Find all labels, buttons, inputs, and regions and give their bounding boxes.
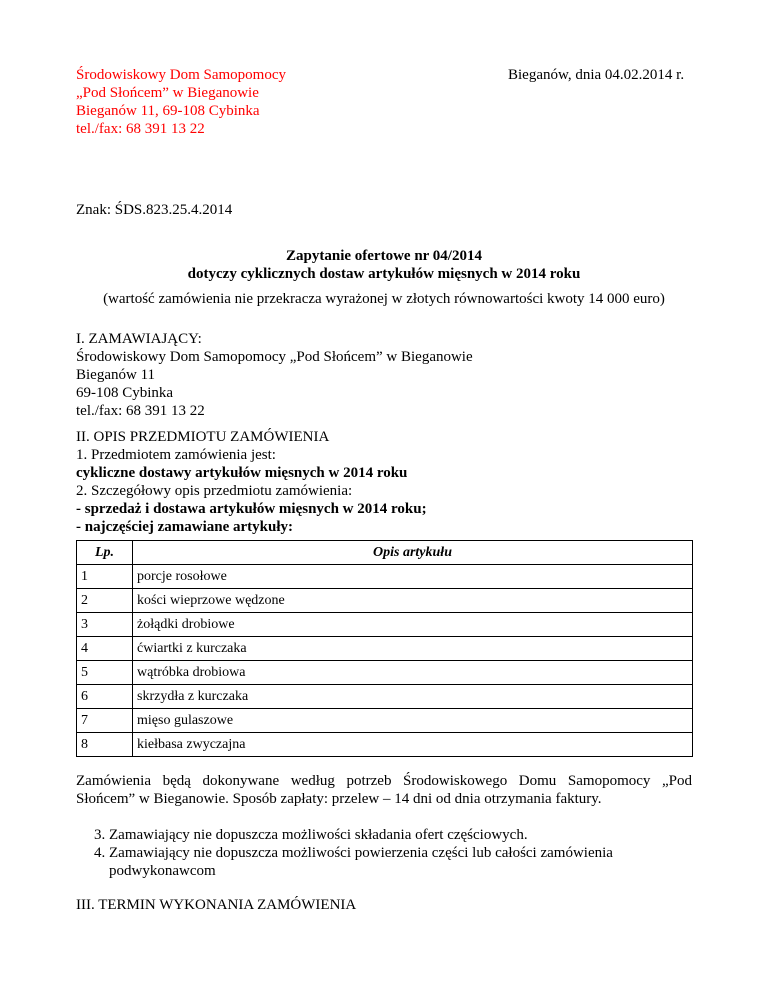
cell-description: kiełbasa zwyczajna [133,733,693,757]
cell-lp: 4 [77,637,133,661]
sender-address: Środowiskowy Dom Samopomocy „Pod Słońcem… [76,66,286,138]
cell-lp: 3 [77,613,133,637]
cell-description: skrzydła z kurczaka [133,685,693,709]
table-row: 4ćwiartki z kurczaka [77,637,693,661]
item1-value: cykliczne dostawy artykułów mięsnych w 2… [76,464,427,482]
sender-line: Środowiskowy Dom Samopomocy [76,66,286,84]
header-lp: Lp. [77,541,133,565]
cell-description: żołądki drobiowe [133,613,693,637]
list-text: Zamawiający nie dopuszcza możliwości skł… [109,826,694,844]
document-page: Środowiskowy Dom Samopomocy „Pod Słońcem… [0,0,768,994]
section-heading: I. ZAMAWIAJĄCY: [76,330,473,348]
document-title: Zapytanie ofertowe nr 04/2014 dotyczy cy… [76,247,692,283]
list-number: 4. [94,844,109,880]
paragraph-line: Zamówienia będą dokonywane według potrze… [76,772,692,790]
sender-line: Bieganów 11, 69-108 Cybinka [76,102,286,120]
cell-description: ćwiartki z kurczaka [133,637,693,661]
numbered-list: 3. Zamawiający nie dopuszcza możliwości … [94,826,694,880]
table-row: 3żołądki drobiowe [77,613,693,637]
cell-description: wątróbka drobiowa [133,661,693,685]
section-line: Bieganów 11 [76,366,473,384]
cell-lp: 1 [77,565,133,589]
cell-lp: 2 [77,589,133,613]
section-line: Środowiskowy Dom Samopomocy „Pod Słońcem… [76,348,473,366]
table-row: 1porcje rosołowe [77,565,693,589]
item2-bullet: - najczęściej zamawiane artykuły: [76,518,427,536]
section-order-description: II. OPIS PRZEDMIOTU ZAMÓWIENIA 1. Przedm… [76,428,427,536]
section-heading: II. OPIS PRZEDMIOTU ZAMÓWIENIA [76,428,427,446]
title-line-2: dotyczy cyklicznych dostaw artykułów mię… [76,265,692,283]
table-row: 5wątróbka drobiowa [77,661,693,685]
cell-lp: 7 [77,709,133,733]
reference-number: Znak: ŚDS.823.25.4.2014 [76,201,232,219]
section-line: tel./fax: 68 391 13 22 [76,402,473,420]
header-description: Opis artykułu [133,541,693,565]
table-row: 7mięso gulaszowe [77,709,693,733]
cell-lp: 8 [77,733,133,757]
table-row: 8kiełbasa zwyczajna [77,733,693,757]
list-number: 3. [94,826,109,844]
title-line-1: Zapytanie ofertowe nr 04/2014 [76,247,692,265]
sender-line: „Pod Słońcem” w Bieganowie [76,84,286,102]
place-date: Bieganów, dnia 04.02.2014 r. [508,66,684,84]
table-header-row: Lp. Opis artykułu [77,541,693,565]
document-subtitle: (wartość zamówienia nie przekracza wyraż… [76,290,692,308]
paragraph-line: Słońcem” w Bieganowie. Sposób zapłaty: p… [76,790,692,808]
cell-lp: 5 [77,661,133,685]
cell-description: mięso gulaszowe [133,709,693,733]
item2-label: 2. Szczegółowy opis przedmiotu zamówieni… [76,482,427,500]
cell-description: kości wieprzowe wędzone [133,589,693,613]
section-line: 69-108 Cybinka [76,384,473,402]
cell-description: porcje rosołowe [133,565,693,589]
table-row: 2kości wieprzowe wędzone [77,589,693,613]
list-text: Zamawiający nie dopuszcza możliwości pow… [109,844,694,880]
section-contracting-party: I. ZAMAWIAJĄCY: Środowiskowy Dom Samopom… [76,330,473,420]
cell-lp: 6 [77,685,133,709]
item1-label: 1. Przedmiotem zamówienia jest: [76,446,427,464]
sender-line: tel./fax: 68 391 13 22 [76,120,286,138]
section-deadline-heading: III. TERMIN WYKONANIA ZAMÓWIENIA [76,896,356,914]
table-row: 6skrzydła z kurczaka [77,685,693,709]
list-item: 4. Zamawiający nie dopuszcza możliwości … [94,844,694,880]
ordering-paragraph: Zamówienia będą dokonywane według potrze… [76,772,692,808]
items-table: Lp. Opis artykułu 1porcje rosołowe2kości… [76,540,693,757]
item2-bullet: - sprzedaż i dostawa artykułów mięsnych … [76,500,427,518]
list-item: 3. Zamawiający nie dopuszcza możliwości … [94,826,694,844]
